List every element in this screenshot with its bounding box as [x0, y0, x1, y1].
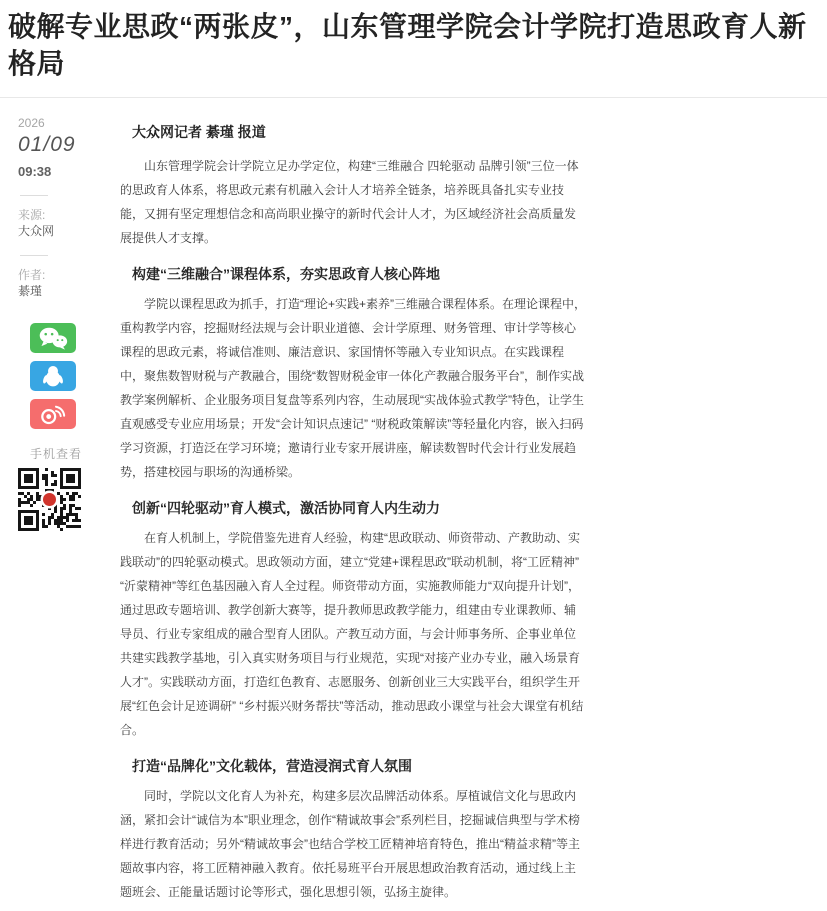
qq-icon	[38, 364, 68, 388]
section-paragraph-1: 学院以课程思政为抓手，打造“理论+实践+素养”三维融合课程体系。在理论课程中，重…	[120, 292, 586, 484]
author-value: 綦瑾	[18, 283, 120, 299]
reporter-byline: 大众网记者 綦瑾 报道	[120, 120, 586, 144]
qr-code	[18, 468, 81, 531]
share-buttons	[18, 323, 120, 429]
page-title: 破解专业思政“两张皮”，山东管理学院会计学院打造思政育人新格局	[8, 8, 819, 82]
section-heading-2: 创新“四轮驱动”育人模式，激活协同育人内生动力	[120, 497, 586, 519]
section-paragraph-3: 同时，学院以文化育人为补充，构建多层次品牌活动体系。厚植诚信文化与思政内涵，紧扣…	[120, 784, 586, 904]
section-heading-3: 打造“品牌化”文化载体，营造浸润式育人氛围	[120, 755, 586, 777]
intro-paragraph: 山东管理学院会计学院立足办学定位，构建“三维融合 四轮驱动 品牌引领”三位一体的…	[120, 154, 586, 250]
sidebar-divider	[20, 255, 48, 256]
publish-year: 2026	[18, 116, 120, 130]
publish-time: 09:38	[18, 164, 120, 179]
main-row: 2026 01/09 09:38 来源: 大众网 作者: 綦瑾	[0, 98, 827, 910]
sidebar-divider	[20, 195, 48, 196]
wechat-share-button[interactable]	[30, 323, 76, 353]
weibo-share-button[interactable]	[30, 399, 76, 429]
meta-sidebar: 2026 01/09 09:38 来源: 大众网 作者: 綦瑾	[0, 114, 120, 910]
article-body: 大众网记者 綦瑾 报道 山东管理学院会计学院立足办学定位，构建“三维融合 四轮驱…	[120, 114, 586, 910]
wechat-icon	[37, 326, 69, 350]
article-page: 破解专业思政“两张皮”，山东管理学院会计学院打造思政育人新格局 2026 01/…	[0, 8, 827, 910]
section-heading-1: 构建“三维融合”课程体系，夯实思政育人核心阵地	[120, 263, 586, 285]
mobile-view-label: 手机查看	[30, 445, 120, 462]
section-paragraph-2: 在育人机制上，学院借鉴先进育人经验，构建“思政联动、师资带动、产教助动、实践联动…	[120, 526, 586, 742]
author-label: 作者:	[18, 267, 120, 283]
source-value: 大众网	[18, 223, 120, 239]
weibo-icon	[37, 402, 69, 426]
source-label: 来源:	[18, 207, 120, 223]
qq-share-button[interactable]	[30, 361, 76, 391]
publish-date: 01/09	[18, 133, 120, 157]
